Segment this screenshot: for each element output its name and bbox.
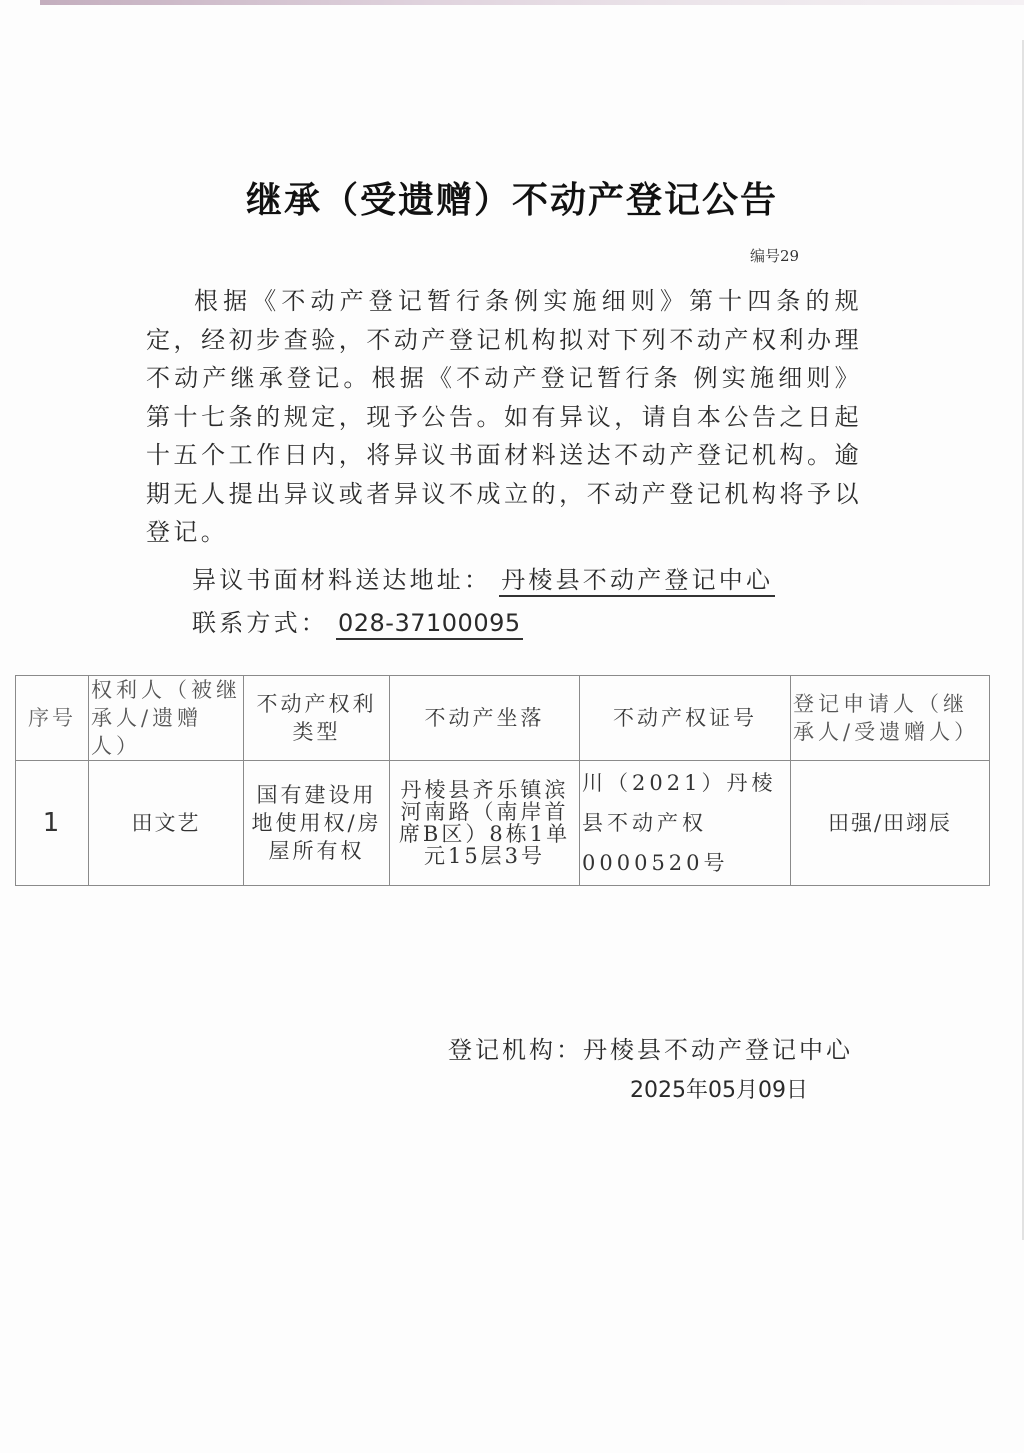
contact-phone: 028-37100095	[336, 609, 523, 640]
contact-label: 联系方式：	[192, 609, 328, 637]
table-row: 1 田文艺 国有建设用地使用权/房屋所有权 丹棱县齐乐镇滨河南路（南岸首席B区）…	[16, 761, 990, 886]
document-number: 编号29	[750, 245, 799, 266]
cell-applicant: 田强/田翊辰	[791, 761, 990, 886]
announcement-body: 根据《不动产登记暂行条例实施细则》第十四条的规定，经初步查验，不动产登记机构拟对…	[146, 282, 862, 552]
issuer-label: 登记机构：	[448, 1036, 583, 1064]
contact-line: 联系方式：028-37100095	[192, 603, 523, 638]
header-applicant: 登记申请人（继承人/受遗赠人）	[791, 676, 990, 761]
scan-paper-edge	[40, 0, 1024, 5]
header-location: 不动产坐落	[390, 676, 580, 761]
header-right-type: 不动产权利类型	[244, 676, 390, 761]
objection-address-label: 异议书面材料送达地址：	[192, 566, 491, 594]
issuer-name: 丹棱县不动产登记中心	[583, 1036, 853, 1064]
header-certificate-no: 不动产权证号	[580, 676, 791, 761]
header-seq: 序号	[16, 676, 89, 761]
objection-address-value: 丹棱县不动产登记中心	[499, 566, 775, 597]
objection-address-line: 异议书面材料送达地址：丹棱县不动产登记中心	[192, 560, 775, 595]
cell-right-type: 国有建设用地使用权/房屋所有权	[244, 761, 390, 886]
table-header-row: 序号 权利人（被继承人/遗赠人） 不动产权利类型 不动产坐落 不动产权证号 登记…	[16, 676, 990, 761]
document-title: 继承（受遗赠）不动产登记公告	[0, 172, 1024, 223]
cell-right-holder: 田文艺	[89, 761, 244, 886]
header-right-holder: 权利人（被继承人/遗赠人）	[89, 676, 244, 761]
issuing-authority: 登记机构：丹棱县不动产登记中心	[448, 1030, 853, 1065]
issue-date: 2025年05月09日	[630, 1073, 808, 1104]
cell-seq: 1	[16, 761, 89, 886]
cell-location: 丹棱县齐乐镇滨河南路（南岸首席B区）8栋1单元15层3号	[390, 761, 580, 886]
cell-certificate-no: 川（2021）丹棱县不动产权0000520号	[580, 761, 791, 886]
registration-table: 序号 权利人（被继承人/遗赠人） 不动产权利类型 不动产坐落 不动产权证号 登记…	[15, 675, 990, 886]
